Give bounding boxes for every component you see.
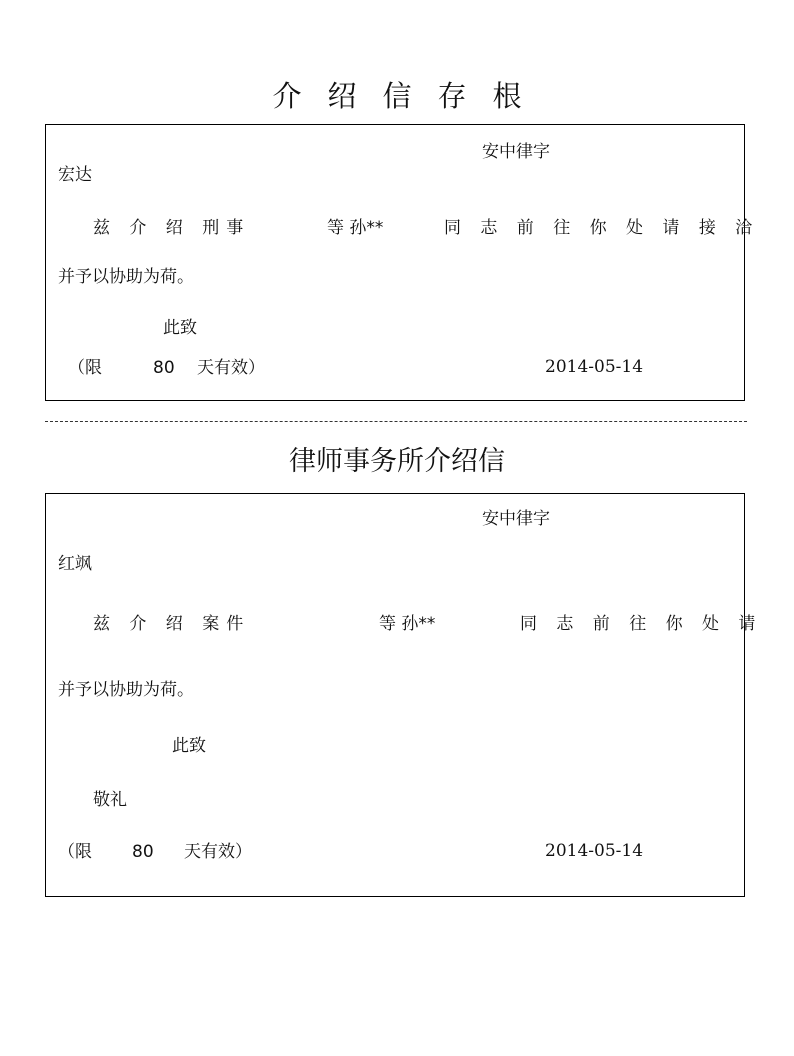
letter-title: 律师事务所介绍信 (0, 442, 794, 482)
stub-assist-text: 并予以协助为荷。 (58, 266, 194, 288)
letter-validity-close: 天有效） (184, 841, 252, 863)
letter-intro-prefix: 兹 介 绍 案件 (93, 613, 250, 635)
stub-validity-days: 80 (153, 357, 175, 379)
letter-ref-prefix: 安中律字 (482, 508, 550, 530)
letter-salutation: 敬礼 (93, 789, 127, 811)
cut-line-divider (45, 421, 747, 422)
stub-validity-open: （限 (68, 357, 102, 379)
stub-intro-person: 等 孙** (327, 217, 383, 239)
stub-validity-close: 天有效） (197, 357, 265, 379)
stub-intro-prefix: 兹 介 绍 刑事 (93, 217, 250, 239)
stub-box: 安中律字 宏达 兹 介 绍 刑事 等 孙** 同 志 前 往 你 处 请 接 洽… (45, 124, 745, 401)
stub-date: 2014-05-14 (545, 357, 643, 377)
letter-intro-person: 等 孙** (379, 613, 435, 635)
stub-closing: 此致 (163, 317, 197, 339)
stub-title: 介绍信存根 (0, 76, 794, 116)
letter-validity-days: 80 (132, 841, 154, 863)
letter-intro-suffix: 同 志 前 往 你 处 请 (520, 613, 762, 635)
letter-date: 2014-05-14 (545, 841, 643, 861)
stub-recipient: 宏达 (58, 164, 92, 186)
letter-assist-text: 并予以协助为荷。 (58, 679, 194, 701)
stub-intro-suffix: 同 志 前 往 你 处 请 接 洽 (444, 217, 759, 239)
letter-validity-open: （限 (58, 841, 92, 863)
letter-closing: 此致 (172, 735, 206, 757)
letter-recipient: 红飒 (58, 553, 92, 575)
stub-ref-prefix: 安中律字 (482, 141, 550, 163)
letter-box: 安中律字 红飒 兹 介 绍 案件 等 孙** 同 志 前 往 你 处 请 并予以… (45, 493, 745, 897)
